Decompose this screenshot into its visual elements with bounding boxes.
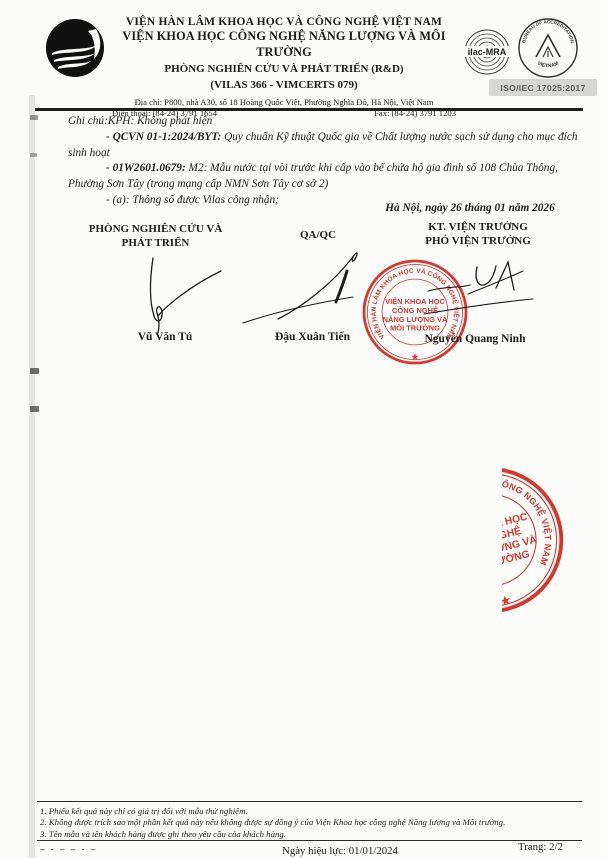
note-sample-code: - 01W2601.0679: [106, 162, 186, 174]
header-divider [35, 108, 583, 111]
signer-name-2: Đậu Xuân Tiến [240, 331, 385, 343]
effective-date: Ngày hiệu lực: 01/01/2024 [225, 845, 455, 857]
svg-text:MÔI TRƯỜNG: MÔI TRƯỜNG [390, 324, 440, 333]
svg-text:★: ★ [502, 592, 513, 609]
iso-17025-badge: ISO/IEC 17025:2017 [489, 79, 597, 96]
boa-vietnam-logo-icon: BUREAU OF ACCREDITATION VIETNAM [517, 17, 579, 84]
svg-text:VIỆN KHOA HỌC: VIỆN KHOA HỌC [385, 297, 445, 306]
svg-text:CÔNG NGHỆ: CÔNG NGHỆ [392, 306, 438, 315]
institute-logo-icon [44, 17, 106, 84]
scan-mark [30, 115, 38, 120]
svg-text:BUREAU OF ACCREDITATION: BUREAU OF ACCREDITATION [521, 19, 575, 44]
page-number: Trang: 2/2 [518, 841, 563, 853]
scan-mark [30, 406, 39, 412]
footer-divider-top [37, 801, 582, 802]
notes-kph: KPH: Không phát hiện [108, 115, 213, 127]
org-name-parent: VIỆN HÀN LÂM KHOA HỌC VÀ CÔNG NGHỆ VIỆT … [98, 15, 470, 29]
fanned-pages-red-stamp: VIỆN HÀN LÂM KHOA HỌC VÀ CÔNG NGHỆ VIỆT … [502, 455, 584, 630]
address-line: Địa chỉ: P800, nhà A30, số 18 Hoàng Quốc… [98, 97, 470, 108]
footer-divider-bottom [37, 840, 582, 841]
accreditation-codes: (VILAS 366 - VIMCERTS 079) [98, 79, 470, 93]
signature-col-rd-title: PHÒNG NGHIÊN CỨU VÀ PHÁT TRIỂN [73, 222, 238, 250]
header: VIỆN HÀN LÂM KHOA HỌC VÀ CÔNG NGHỆ VIỆT … [98, 15, 470, 119]
notes-section: Ghi chú:KPH: Không phát hiện - QCVN 01-1… [68, 114, 582, 209]
svg-text:VIETNAM: VIETNAM [536, 61, 559, 70]
signature-col-qaqc-title: QA/QC [278, 228, 358, 242]
svg-text:ilac-MRA: ilac-MRA [468, 47, 507, 57]
note-vilas: - (a): Thông số được Vilas công nhận; [106, 194, 279, 206]
report-page: VIỆN HÀN LÂM KHOA HỌC VÀ CÔNG NGHỆ VIỆT … [0, 0, 607, 858]
footer-note-2: 2. Không được trích sao một phần kết quả… [40, 817, 580, 828]
signer-name-1: Vũ Văn Tú [95, 331, 235, 343]
signing-date: Hà Nội, ngày 26 tháng 01 năm 2026 [345, 202, 595, 214]
scan-mark [30, 368, 39, 374]
footer-note-3: 3. Tên mẫu và tên khách hàng được ghi th… [40, 829, 580, 840]
footer-note-1: 1. Phiếu kết quả này chỉ có giá trị đối … [40, 806, 580, 817]
org-name: VIỆN KHOA HỌC CÔNG NGHỆ NĂNG LƯỢNG VÀ MÔ… [98, 29, 470, 60]
department-name: PHÒNG NGHIÊN CỨU VÀ PHÁT TRIỂN (R&D) [98, 63, 470, 77]
scan-mark [30, 153, 37, 157]
svg-text:NĂNG LƯỢNG VÀ: NĂNG LƯỢNG VÀ [383, 315, 448, 324]
svg-text:★: ★ [411, 353, 419, 363]
official-red-stamp: VIỆN HÀN LÂM KHOA HỌC VÀ CÔNG NGHỆ VIỆT … [361, 258, 469, 371]
scan-shadow-strip [29, 95, 35, 858]
form-code-clipped: – - – – - – [40, 844, 130, 851]
note-qcvn-code: - QCVN 01-1:2024/BYT: [106, 131, 221, 143]
signature-col-director-title: KT. VIỆN TRƯỞNG PHÓ VIỆN TRƯỞNG [388, 220, 568, 248]
footer-notes: 1. Phiếu kết quả này chỉ có giá trị đối … [40, 806, 580, 840]
ilac-mra-logo-icon: ilac-MRA [463, 28, 511, 81]
notes-label: Ghi chú: [68, 115, 108, 127]
signer-name-3: Nguyễn Quang Ninh [405, 333, 545, 345]
